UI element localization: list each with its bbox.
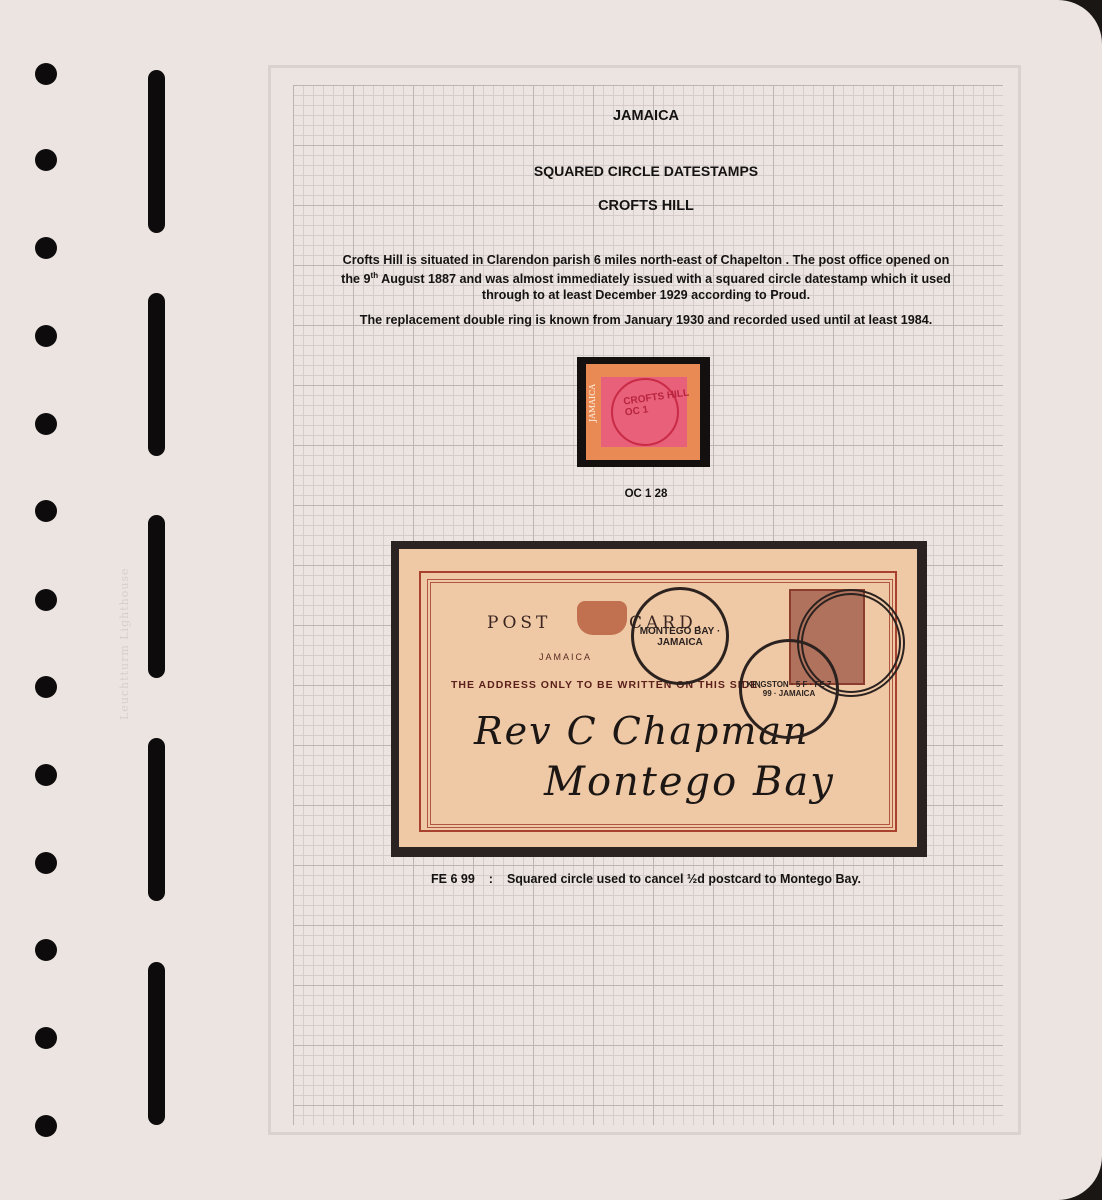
postcard-country: JAMAICA <box>539 652 592 662</box>
binder-hole <box>35 1115 57 1137</box>
replacement-note: The replacement double ring is known fro… <box>290 313 1002 327</box>
binder-hole <box>35 63 57 85</box>
binder-hole <box>35 500 57 522</box>
binder-hole <box>35 764 57 786</box>
postcard-header-left: POST <box>487 613 551 633</box>
binder-hole <box>35 1027 57 1049</box>
description-paragraph: Crofts Hill is situated in Clarendon par… <box>290 252 1002 303</box>
montego-bay-postmark: MONTEGO BAY · JAMAICA <box>631 587 729 685</box>
description-line: the 9th August 1887 and was almost immed… <box>300 268 992 287</box>
post-office-heading: CROFTS HILL <box>290 198 1002 214</box>
page-subtitle: SQUARED CIRCLE DATESTAMPS <box>290 163 1002 179</box>
binder-slot <box>148 738 165 901</box>
binder-hole <box>35 852 57 874</box>
postcard-mount: POST CARD. JAMAICA THE ADDRESS ONLY TO B… <box>391 541 927 857</box>
stamp-mount: JAMAICA CROFTS HILLOC 1 <box>577 357 710 467</box>
binder-hole <box>35 237 57 259</box>
stamp-country: JAMAICA <box>588 384 597 422</box>
binder-slot <box>148 515 165 678</box>
binder-hole <box>35 939 57 961</box>
coat-of-arms-icon <box>577 601 627 635</box>
stamp-caption: OC 1 28 <box>290 488 1002 500</box>
description-line: through to at least December 1929 accord… <box>300 287 992 303</box>
binder-slot <box>148 962 165 1125</box>
binder-hole <box>35 676 57 698</box>
postcard-caption: FE 6 99:Squared circle used to cancel ½d… <box>290 872 1002 886</box>
stamp-image: JAMAICA CROFTS HILLOC 1 <box>586 364 700 460</box>
binder-hole <box>35 149 57 171</box>
brand-watermark: Leuchtturm Lighthouse <box>118 567 131 720</box>
kingston-postmark: KINGSTON · 5 F · FE 7 99 · JAMAICA <box>739 639 839 739</box>
description-line: Crofts Hill is situated in Clarendon par… <box>300 252 992 268</box>
binder-slot <box>148 293 165 456</box>
postcard-instruction: THE ADDRESS ONLY TO BE WRITTEN ON THIS S… <box>451 679 762 691</box>
address-line-2: Montego Bay <box>544 759 835 805</box>
binder-hole <box>35 413 57 435</box>
album-page: Leuchtturm Lighthouse JAMAICA SQUARED CI… <box>0 0 1102 1200</box>
postcard-image: POST CARD. JAMAICA THE ADDRESS ONLY TO B… <box>399 549 917 847</box>
binder-hole <box>35 589 57 611</box>
page-title: JAMAICA <box>290 108 1002 124</box>
binder-slot <box>148 70 165 233</box>
binder-hole <box>35 325 57 347</box>
